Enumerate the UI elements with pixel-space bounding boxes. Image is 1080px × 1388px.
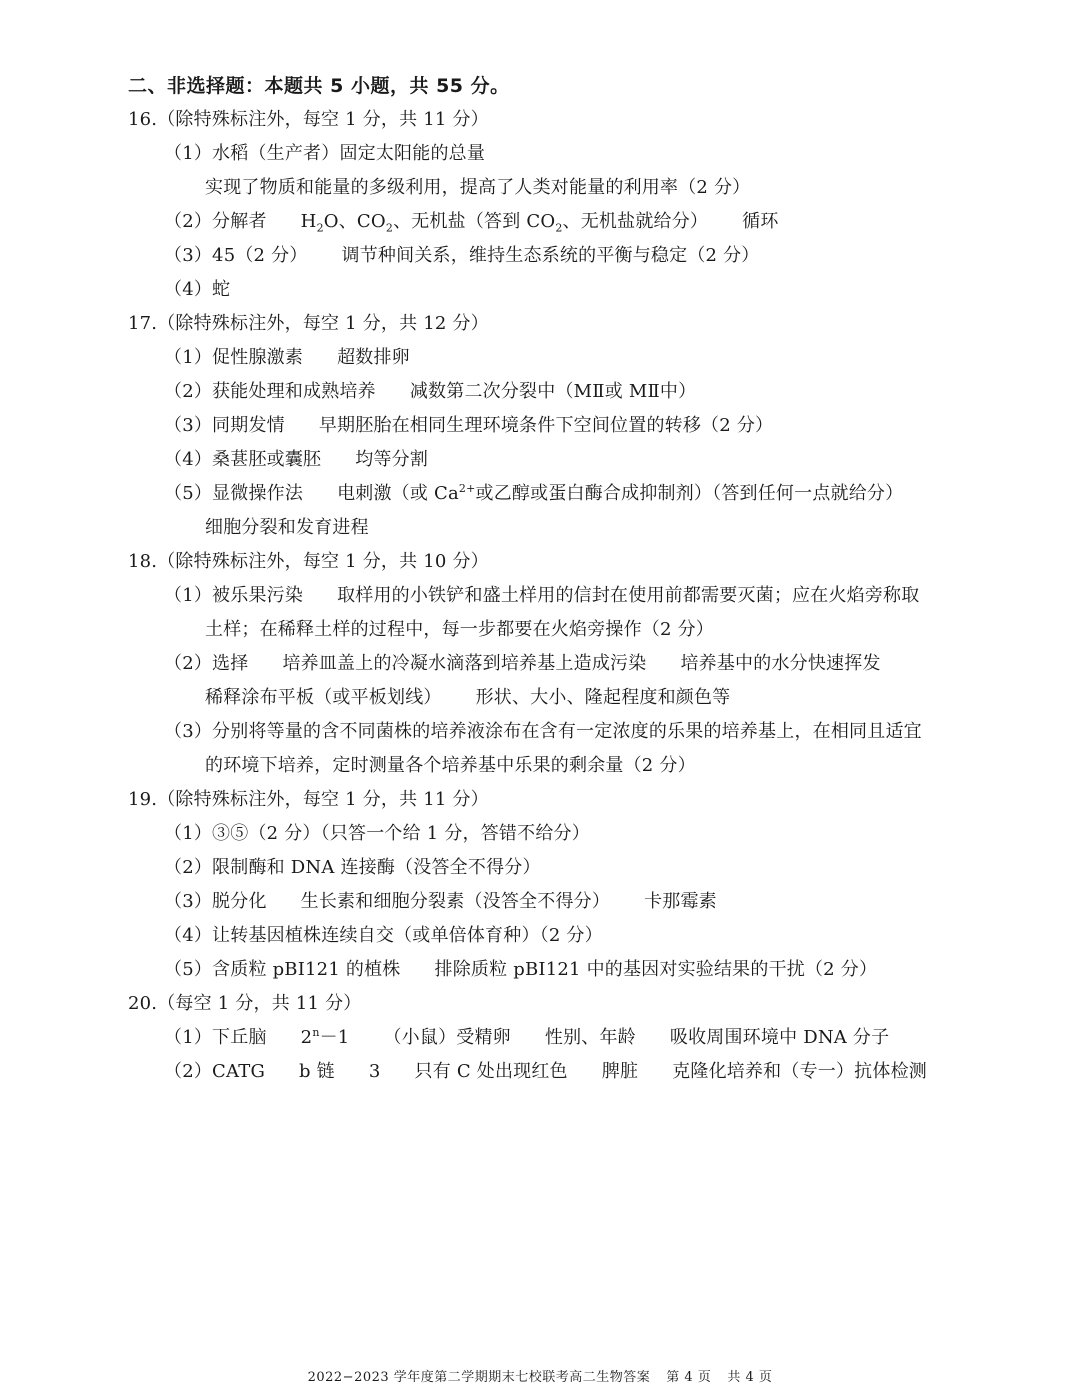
q17-answer-5a: （5）显微操作法 bbox=[164, 483, 303, 504]
q16-answer-2c: 循环 bbox=[742, 211, 778, 232]
q17-answer-5: （5）显微操作法电刺激（或 Ca2+或乙醇或蛋白酶合成抑制剂）（答到任何一点就给… bbox=[164, 482, 903, 506]
q17-answer-1: （1）促性腺激素超数排卵 bbox=[164, 346, 410, 370]
q18-answer-1: （1）被乐果污染取样用的小铁铲和盛土样用的信封在使用前都需要灭菌；应在火焰旁称取 bbox=[164, 584, 919, 608]
q18-answer-2a: （2）选择 bbox=[164, 653, 248, 674]
q20-answer-1c: （小鼠）受精卵 bbox=[383, 1027, 510, 1048]
q17-answer-2: （2）获能处理和成熟培养减数第二次分裂中（MⅡ或 MⅡ中） bbox=[164, 380, 696, 404]
formula-part: O、CO bbox=[324, 211, 386, 232]
q19-answer-5a: （5）含质粒 pBI121 的植株 bbox=[164, 959, 401, 980]
subscript: 2 bbox=[317, 222, 324, 235]
q19-answer-2: （2）限制酶和 DNA 连接酶（没答全不得分） bbox=[164, 856, 541, 880]
q20-answer-2d: 只有 C 处出现红色 bbox=[415, 1061, 568, 1082]
q19-answer-3c: 卡那霉素 bbox=[644, 891, 717, 912]
q17-answer-3b: 早期胚胎在相同生理环境条件下空间位置的转移（2 分） bbox=[319, 415, 773, 436]
answer-page: 二、非选择题：本题共 5 小题，共 55 分。 16.（除特殊标注外，每空 1 … bbox=[0, 0, 1080, 1388]
q20-answer-1e: 吸收周围环境中 DNA 分子 bbox=[670, 1027, 889, 1048]
q19-answer-3: （3）脱分化生长素和细胞分裂素（没答全不得分）卡那霉素 bbox=[164, 890, 717, 914]
answer-part: －1 bbox=[320, 1027, 350, 1048]
q19-header: 19.（除特殊标注外，每空 1 分，共 11 分） bbox=[128, 788, 489, 812]
q16-answer-2a: （2）分解者 bbox=[164, 211, 267, 232]
q17-answer-1b: 超数排卵 bbox=[337, 347, 410, 368]
q16-answer-3a: （3）45（2 分） bbox=[164, 245, 308, 266]
q16-answer-1a: （1）水稻（生产者）固定太阳能的总量 bbox=[164, 142, 485, 166]
q18-answer-2-cont: 稀释涂布平板（或平板划线）形状、大小、隆起程度和颜色等 bbox=[205, 686, 730, 710]
q17-answer-3: （3）同期发情早期胚胎在相同生理环境条件下空间位置的转移（2 分） bbox=[164, 414, 773, 438]
page-footer: 2022−2023 学年度第二学期期末七校联考高二生物答案第 4 页共 4 页 bbox=[0, 1366, 1080, 1385]
q17-answer-4a: （4）桑葚胚或囊胚 bbox=[164, 449, 321, 470]
q19-answer-5: （5）含质粒 pBI121 的植株排除质粒 pBI121 中的基因对实验结果的干… bbox=[164, 958, 877, 982]
section-title: 二、非选择题：本题共 5 小题，共 55 分。 bbox=[128, 74, 510, 98]
q20-answer-1a: （1）下丘脑 bbox=[164, 1027, 267, 1048]
answer-part: 或乙醇或蛋白酶合成抑制剂）（答到任何一点就给分） bbox=[476, 483, 904, 504]
q17-header: 17.（除特殊标注外，每空 1 分，共 12 分） bbox=[128, 312, 489, 336]
formula-part: 、无机盐就给分） bbox=[563, 211, 709, 232]
q19-answer-1: （1）③⑤（2 分）（只答一个给 1 分，答错不给分） bbox=[164, 822, 590, 846]
subscript: 2 bbox=[555, 222, 562, 235]
footer-page-number: 第 4 页 bbox=[666, 1370, 711, 1385]
q19-answer-3a: （3）脱分化 bbox=[164, 891, 267, 912]
q20-header: 20.（每空 1 分，共 11 分） bbox=[128, 992, 361, 1016]
q17-answer-4b: 均等分割 bbox=[355, 449, 428, 470]
q20-answer-2f: 克隆化培养和（专一）抗体检测 bbox=[672, 1061, 927, 1082]
q19-answer-4: （4）让转基因植株连续自交（或单倍体育种）（2 分） bbox=[164, 924, 603, 948]
q20-answer-1b: 2n－1 bbox=[301, 1027, 350, 1048]
superscript: n bbox=[312, 1026, 319, 1039]
q20-answer-2e: 脾脏 bbox=[602, 1061, 638, 1082]
q17-answer-1a: （1）促性腺激素 bbox=[164, 347, 303, 368]
q17-answer-3a: （3）同期发情 bbox=[164, 415, 285, 436]
subscript: 2 bbox=[386, 222, 393, 235]
q18-answer-2e: 形状、大小、隆起程度和颜色等 bbox=[476, 687, 731, 708]
q18-answer-1a: （1）被乐果污染 bbox=[164, 585, 303, 606]
q17-answer-2b: 减数第二次分裂中（MⅡ或 MⅡ中） bbox=[410, 381, 696, 402]
q18-answer-2c: 培养基中的水分快速挥发 bbox=[680, 653, 880, 674]
q18-answer-2d: 稀释涂布平板（或平板划线） bbox=[205, 687, 442, 708]
q18-answer-1c: 土样；在稀释土样的过程中，每一步都要在火焰旁操作（2 分） bbox=[205, 618, 714, 642]
q18-answer-2b: 培养皿盖上的冷凝水滴落到培养基上造成污染 bbox=[282, 653, 646, 674]
q16-answer-3b: 调节种间关系，维持生态系统的平衡与稳定（2 分） bbox=[342, 245, 760, 266]
q16-answer-3: （3）45（2 分）调节种间关系，维持生态系统的平衡与稳定（2 分） bbox=[164, 244, 760, 268]
footer-title: 2022−2023 学年度第二学期期末七校联考高二生物答案 bbox=[308, 1370, 651, 1385]
q20-answer-2b: b 链 bbox=[299, 1061, 335, 1082]
q16-answer-1b: 实现了物质和能量的多级利用，提高了人类对能量的利用率（2 分） bbox=[205, 176, 750, 200]
q19-answer-5b: 排除质粒 pBI121 中的基因对实验结果的干扰（2 分） bbox=[435, 959, 878, 980]
q16-answer-2b: H2O、CO2、无机盐（答到 CO2、无机盐就给分） bbox=[301, 211, 708, 232]
formula-part: 、无机盐（答到 CO bbox=[393, 211, 555, 232]
q18-header: 18.（除特殊标注外，每空 1 分，共 10 分） bbox=[128, 550, 489, 574]
q20-answer-1d: 性别、年龄 bbox=[545, 1027, 636, 1048]
answer-part: 2 bbox=[301, 1027, 313, 1048]
q18-answer-2: （2）选择培养皿盖上的冷凝水滴落到培养基上造成污染培养基中的水分快速挥发 bbox=[164, 652, 881, 676]
q18-answer-3b: 的环境下培养，定时测量各个培养基中乐果的剩余量（2 分） bbox=[205, 754, 696, 778]
q20-answer-2c: 3 bbox=[369, 1061, 381, 1082]
q16-header: 16.（除特殊标注外，每空 1 分，共 11 分） bbox=[128, 108, 489, 132]
q16-answer-2: （2）分解者H2O、CO2、无机盐（答到 CO2、无机盐就给分）循环 bbox=[164, 210, 779, 234]
q19-answer-3b: 生长素和细胞分裂素（没答全不得分） bbox=[301, 891, 610, 912]
q18-answer-1b: 取样用的小铁铲和盛土样用的信封在使用前都需要灭菌；应在火焰旁称取 bbox=[337, 585, 919, 606]
answer-part: 电刺激（或 Ca bbox=[337, 483, 459, 504]
q17-answer-2a: （2）获能处理和成熟培养 bbox=[164, 381, 376, 402]
q20-answer-2: （2）CATGb 链3只有 C 处出现红色脾脏克隆化培养和（专一）抗体检测 bbox=[164, 1060, 927, 1084]
footer-total-pages: 共 4 页 bbox=[727, 1370, 772, 1385]
q16-answer-4: （4）蛇 bbox=[164, 278, 230, 302]
q17-answer-5c: 细胞分裂和发育进程 bbox=[205, 516, 369, 540]
q18-answer-3a: （3）分别将等量的含不同菌株的培养液涂布在含有一定浓度的乐果的培养基上，在相同且… bbox=[164, 720, 922, 744]
q17-answer-4: （4）桑葚胚或囊胚均等分割 bbox=[164, 448, 428, 472]
q17-answer-5b: 电刺激（或 Ca2+或乙醇或蛋白酶合成抑制剂）（答到任何一点就给分） bbox=[337, 483, 903, 504]
q20-answer-2a: （2）CATG bbox=[164, 1061, 265, 1082]
q20-answer-1: （1）下丘脑2n－1（小鼠）受精卵性别、年龄吸收周围环境中 DNA 分子 bbox=[164, 1026, 889, 1050]
formula-h: H bbox=[301, 211, 317, 232]
superscript: 2+ bbox=[459, 482, 476, 495]
